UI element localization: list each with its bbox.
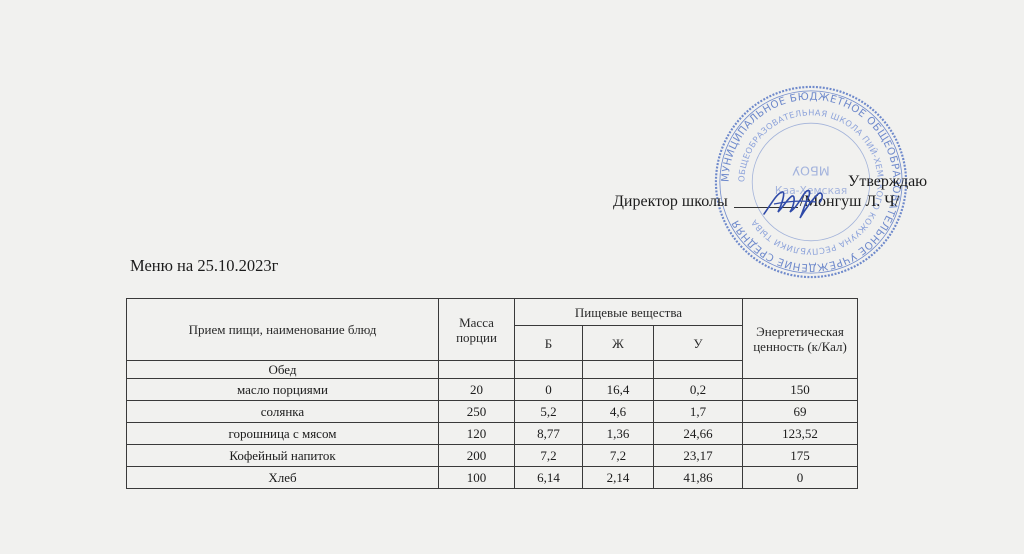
dish-mass: 120 (439, 423, 515, 445)
table-row: солянка 250 5,2 4,6 1,7 69 (127, 401, 858, 423)
stamp-center-line1: МБОУ (792, 162, 830, 177)
empty-cell (439, 361, 515, 379)
dish-protein: 8,77 (515, 423, 583, 445)
dish-name: горошница с мясом (127, 423, 439, 445)
dish-fat: 4,6 (583, 401, 654, 423)
table-row: горошница с мясом 120 8,77 1,36 24,66 12… (127, 423, 858, 445)
table-row: Кофейный напиток 200 7,2 7,2 23,17 175 (127, 445, 858, 467)
dish-carbs: 1,7 (654, 401, 743, 423)
header-carbs: У (654, 326, 743, 361)
meal-label: Обед (127, 361, 439, 379)
dish-energy: 0 (743, 467, 858, 489)
dish-fat: 16,4 (583, 379, 654, 401)
header-protein: Б (515, 326, 583, 361)
empty-cell (654, 361, 743, 379)
dish-fat: 7,2 (583, 445, 654, 467)
dish-protein: 0 (515, 379, 583, 401)
dish-protein: 5,2 (515, 401, 583, 423)
dish-carbs: 0,2 (654, 379, 743, 401)
approve-label: Утверждаю (848, 173, 927, 191)
dish-energy: 175 (743, 445, 858, 467)
dish-energy: 69 (743, 401, 858, 423)
dish-name: масло порциями (127, 379, 439, 401)
header-energy: Энергетическая ценность (к/Кал) (743, 299, 858, 379)
dish-name: солянка (127, 401, 439, 423)
dish-fat: 1,36 (583, 423, 654, 445)
dish-name: Кофейный напиток (127, 445, 439, 467)
header-mass: Масса порции (439, 299, 515, 361)
menu-title: Меню на 25.10.2023г (130, 256, 278, 276)
header-fat: Ж (583, 326, 654, 361)
signature-icon (760, 184, 830, 220)
header-nutrients: Пищевые вещества (515, 299, 743, 326)
header-dish-name: Прием пищи, наименование блюд (127, 299, 439, 361)
table-row: масло порциями 20 0 16,4 0,2 150 (127, 379, 858, 401)
dish-carbs: 24,66 (654, 423, 743, 445)
menu-table: Прием пищи, наименование блюд Масса порц… (126, 298, 858, 489)
dish-protein: 6,14 (515, 467, 583, 489)
dish-mass: 100 (439, 467, 515, 489)
empty-cell (515, 361, 583, 379)
empty-cell (583, 361, 654, 379)
director-line: Директор школы/Монгуш Л. Ч/ (613, 193, 899, 211)
table-row: Хлеб 100 6,14 2,14 41,86 0 (127, 467, 858, 489)
dish-energy: 150 (743, 379, 858, 401)
dish-protein: 7,2 (515, 445, 583, 467)
dish-mass: 200 (439, 445, 515, 467)
dish-mass: 20 (439, 379, 515, 401)
director-label: Директор школы (613, 193, 728, 210)
dish-mass: 250 (439, 401, 515, 423)
dish-name: Хлеб (127, 467, 439, 489)
dish-energy: 123,52 (743, 423, 858, 445)
dish-carbs: 41,86 (654, 467, 743, 489)
dish-fat: 2,14 (583, 467, 654, 489)
dish-carbs: 23,17 (654, 445, 743, 467)
